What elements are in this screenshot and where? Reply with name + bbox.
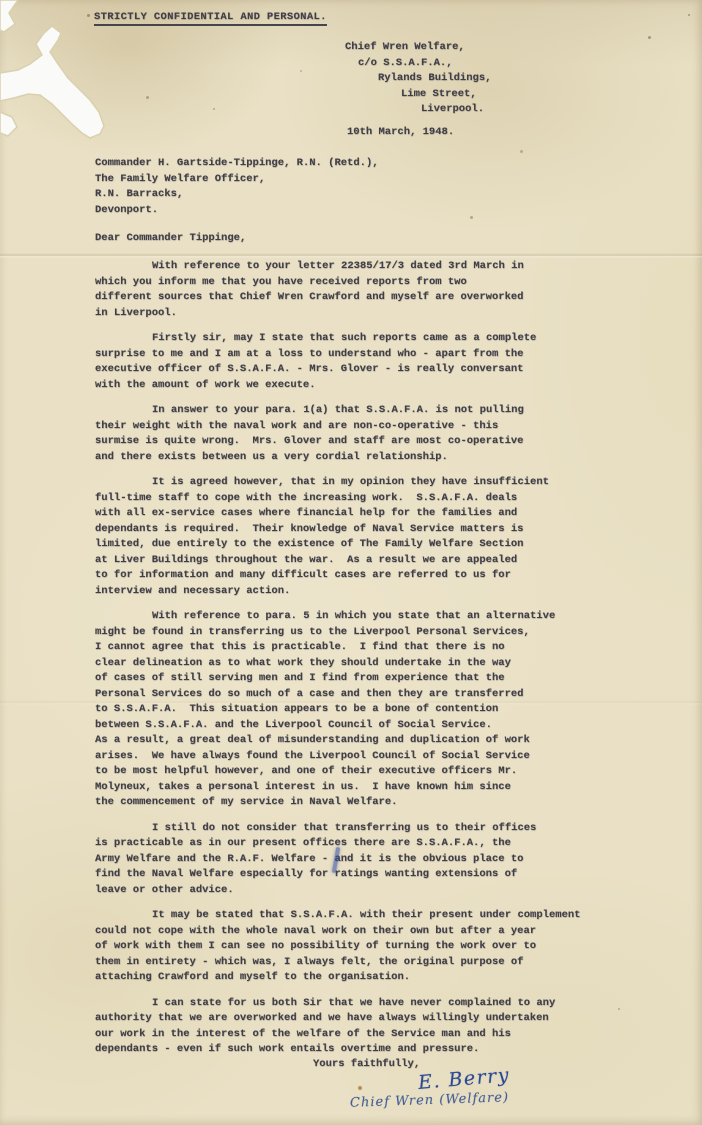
recipient-address: Commander H. Gartside-Tippinge, R.N. (Re… bbox=[95, 156, 379, 218]
paragraph-6: I still do not consider that transferrin… bbox=[95, 821, 660, 899]
paragraph-2: Firstly sir, may I state that such repor… bbox=[95, 331, 660, 393]
recipient-address-line: R.N. Barracks, bbox=[95, 187, 379, 203]
foxing-speck bbox=[213, 108, 215, 110]
sender-address: Chief Wren Welfare, c/o S.S.A.F.A., Ryla… bbox=[345, 40, 491, 118]
paragraph-8: I can state for us both Sir that we have… bbox=[95, 996, 660, 1058]
sender-address-line: Chief Wren Welfare, bbox=[345, 40, 491, 56]
foxing-speck bbox=[146, 96, 149, 99]
scanned-letter-page: STRICTLY CONFIDENTIAL AND PERSONAL. Chie… bbox=[0, 0, 702, 1125]
sender-address-line: Rylands Buildings, bbox=[378, 71, 491, 87]
paragraph-7: It may be stated that S.S.A.F.A. with th… bbox=[95, 908, 660, 986]
foxing-speck bbox=[300, 70, 302, 72]
foxing-speck bbox=[520, 150, 523, 153]
closing-valediction: Yours faithfully, bbox=[313, 1058, 420, 1070]
paragraph-5: With reference to para. 5 in which you s… bbox=[95, 609, 660, 811]
sender-address-line: Lime Street, bbox=[401, 87, 491, 103]
sender-address-line: c/o S.S.A.F.A., bbox=[358, 56, 491, 72]
sender-address-line: Liverpool. bbox=[421, 102, 491, 118]
classification-banner: STRICTLY CONFIDENTIAL AND PERSONAL. bbox=[94, 11, 327, 26]
paragraph-3: In answer to your para. 1(a) that S.S.A.… bbox=[95, 403, 660, 465]
paragraph-4: It is agreed however, that in my opinion… bbox=[95, 475, 660, 599]
foxing-speck bbox=[648, 36, 651, 39]
recipient-address-line: Devonport. bbox=[95, 203, 379, 219]
foxing-speck bbox=[470, 216, 473, 219]
salutation: Dear Commander Tippinge, bbox=[95, 232, 246, 244]
foxing-speck bbox=[688, 14, 690, 16]
recipient-address-line: Commander H. Gartside-Tippinge, R.N. (Re… bbox=[95, 156, 379, 172]
paragraph-1: With reference to your letter 22385/17/3… bbox=[95, 259, 660, 321]
foxing-speck bbox=[87, 14, 90, 17]
letter-body: With reference to your letter 22385/17/3… bbox=[95, 259, 660, 1068]
recipient-address-line: The Family Welfare Officer, bbox=[95, 172, 379, 188]
foxing-speck bbox=[358, 1086, 362, 1090]
letter-date: 10th March, 1948. bbox=[347, 126, 454, 138]
